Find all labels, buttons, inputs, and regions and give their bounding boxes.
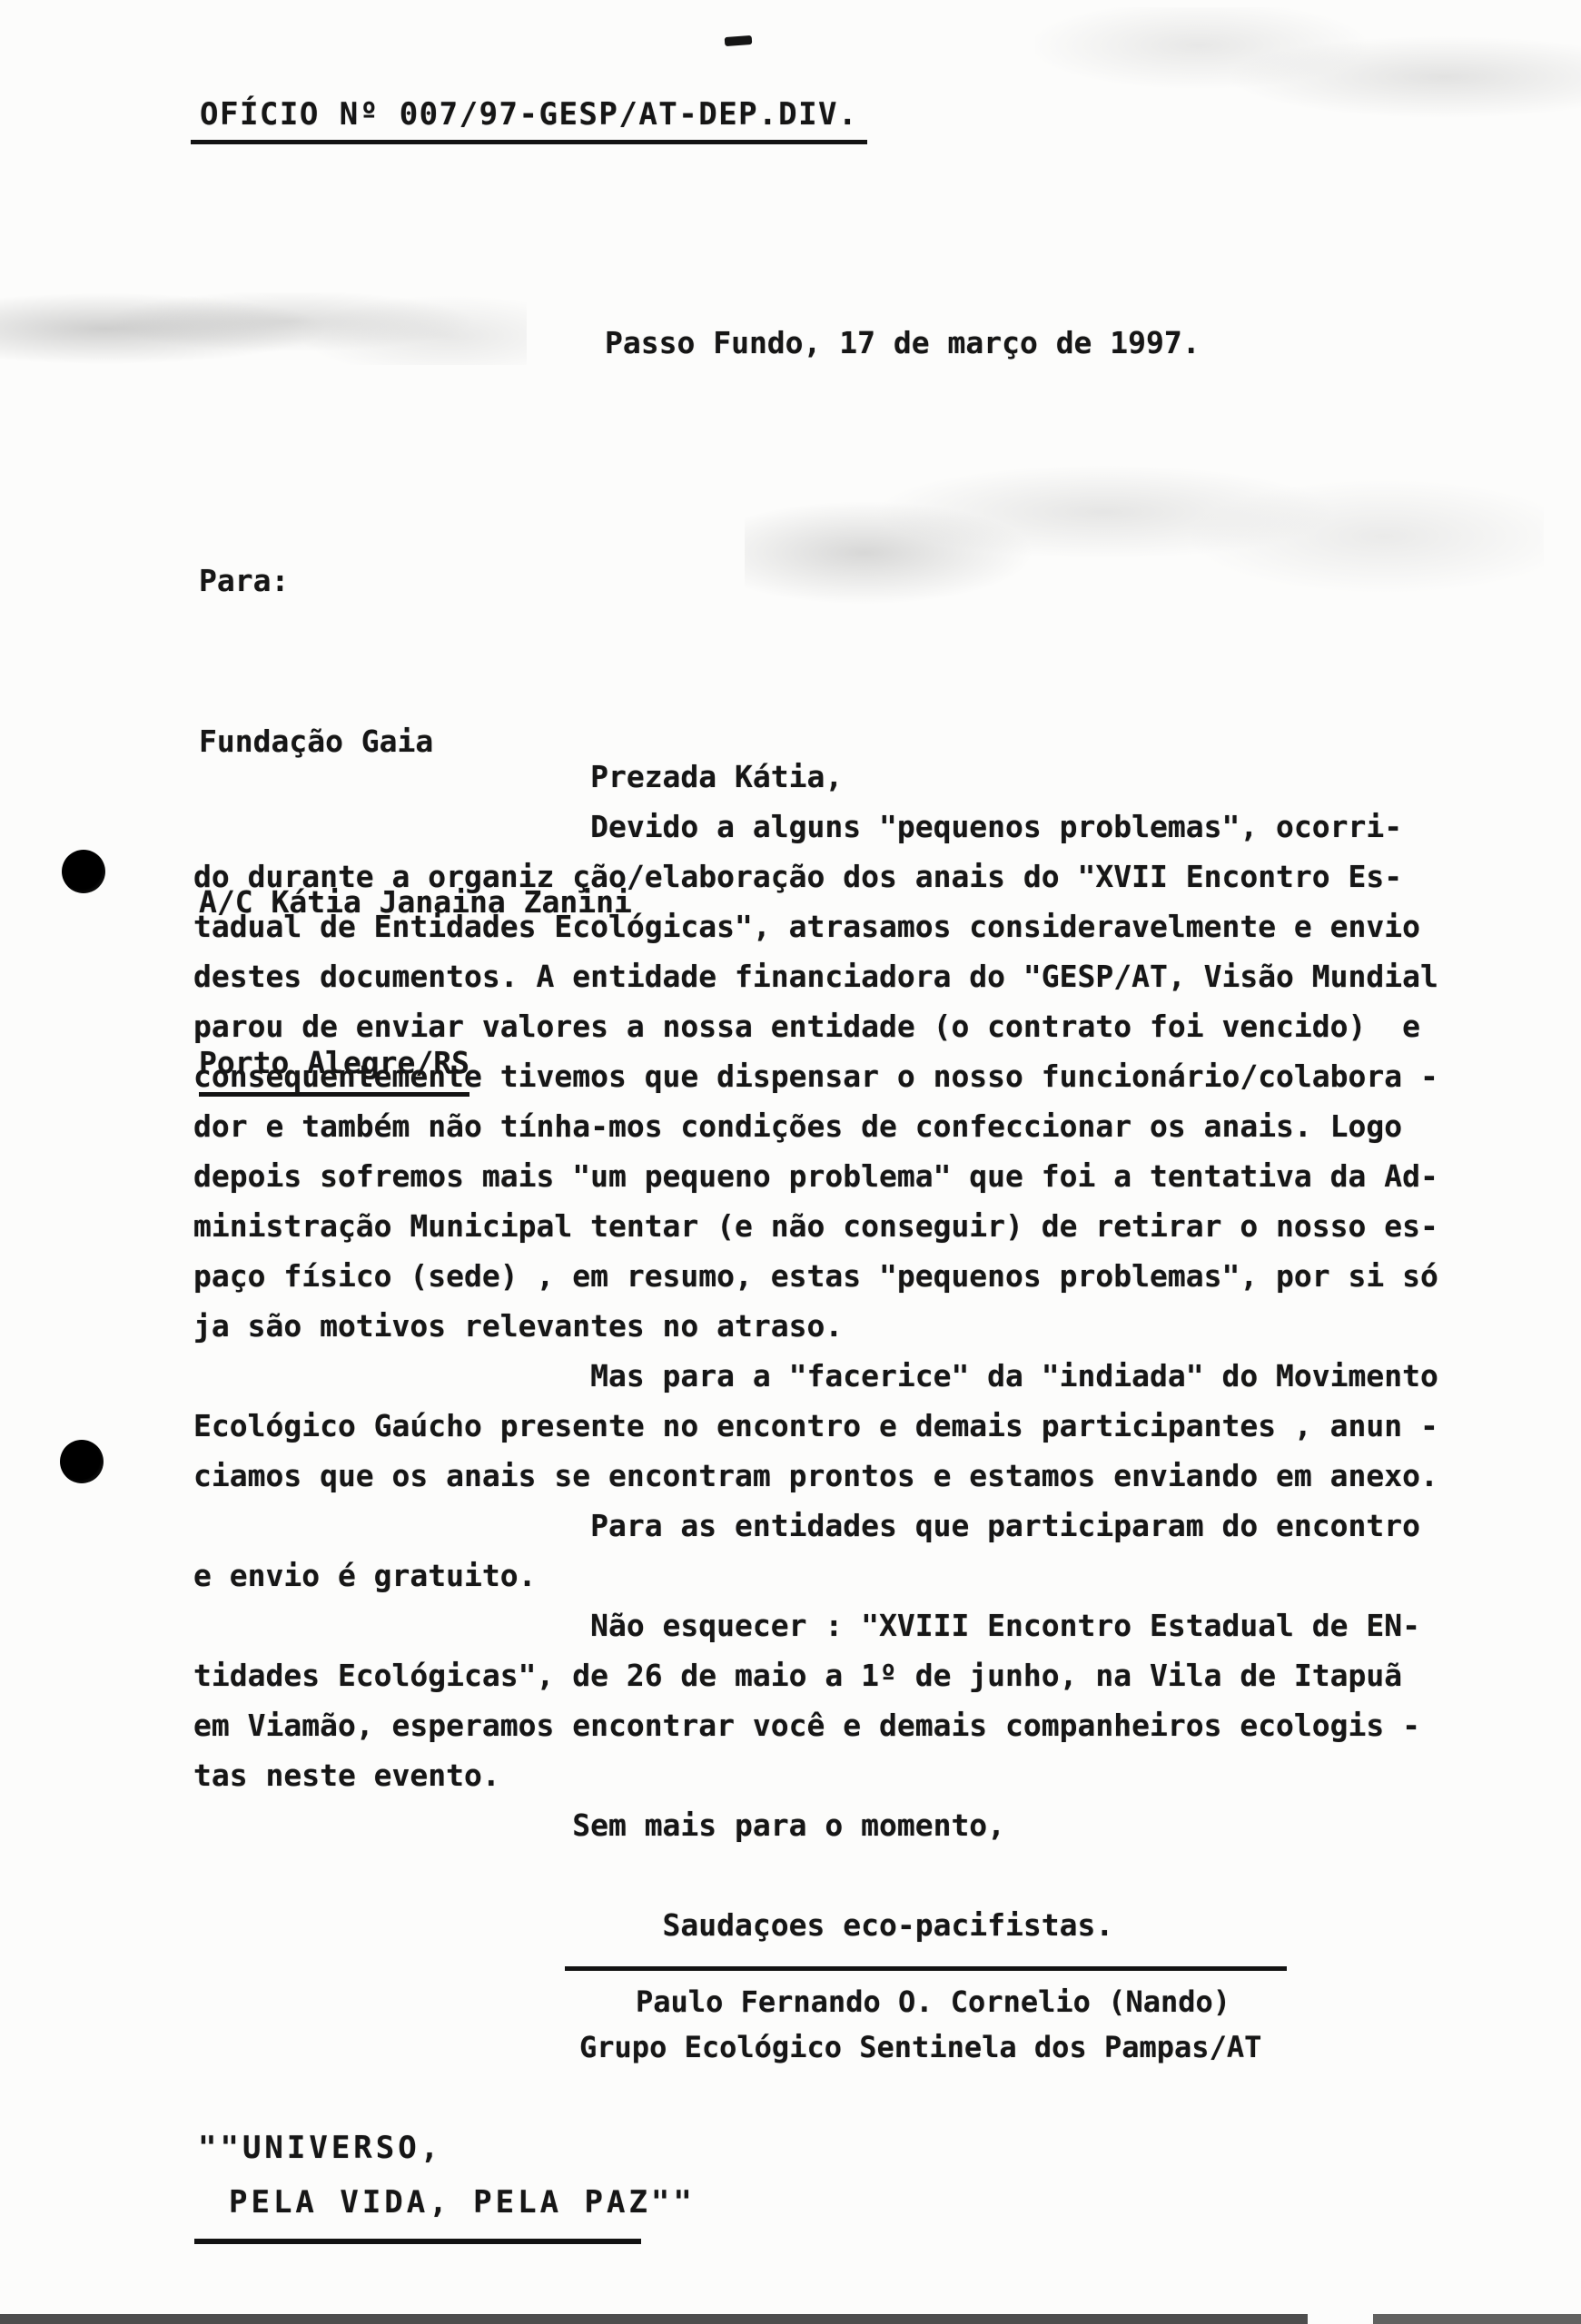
footer-motto-line2: PELA VIDA, PELA PAZ"" [229, 2184, 696, 2221]
signature-rule [565, 1966, 1287, 1971]
scan-mark-top-dash [725, 35, 753, 46]
scanned-letter-page: OFÍCIO Nº 007/97-GESP/AT-DEP.DIV. Passo … [0, 0, 1581, 2324]
footer-motto-line1: ""UNIVERSO, [198, 2130, 442, 2166]
scan-smudge-top-right [1035, 7, 1581, 134]
punch-hole-top [62, 850, 105, 893]
scan-edge-bar-left [0, 2314, 1308, 2324]
signature-group: Grupo Ecológico Sentinela dos Pampas/AT [579, 2030, 1261, 2064]
scan-edge-bar-right [1373, 2314, 1581, 2324]
date-line: Passo Fundo, 17 de março de 1997. [605, 325, 1201, 360]
scan-smudge-left-band [0, 292, 527, 365]
document-reference: OFÍCIO Nº 007/97-GESP/AT-DEP.DIV. [191, 96, 867, 144]
letter-body: Prezada Kátia, Devido a alguns "pequenos… [193, 752, 1438, 1950]
punch-hole-bottom [60, 1440, 104, 1483]
footer-rule [194, 2239, 641, 2244]
recipient-label: Para: [199, 554, 632, 607]
signature-name: Paulo Fernando O. Cornelio (Nando) [636, 1984, 1230, 2019]
scan-smudge-mid-right [745, 447, 1544, 610]
